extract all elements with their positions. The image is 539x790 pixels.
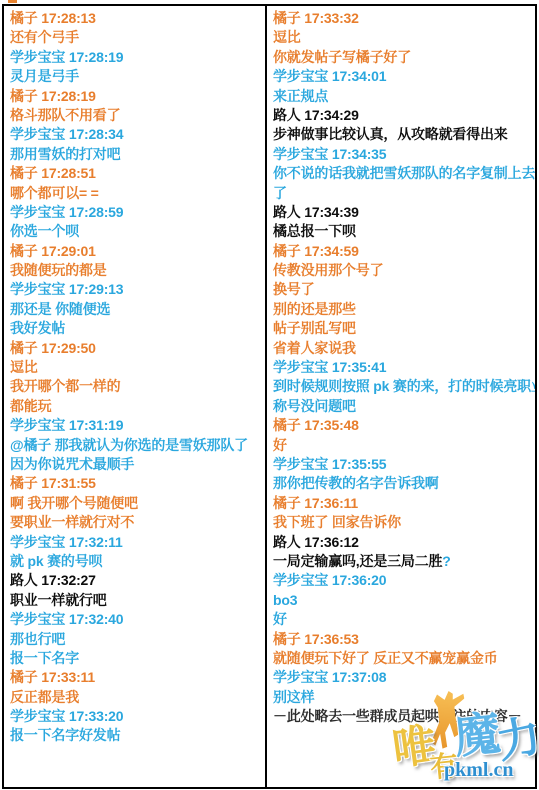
- chat-speaker-line: 橘子 17:34:59: [273, 242, 533, 261]
- chat-message: 还有个弓手: [10, 28, 263, 47]
- chat-text-segment: 还有个弓手: [10, 29, 79, 45]
- chat-speaker-line: 学步宝宝 17:35:41: [273, 358, 533, 377]
- chat-text-segment: 橘子 17:28:19: [10, 88, 96, 104]
- chat-message: 那用雪妖的打对吧: [10, 145, 263, 164]
- chat-text-segment: 学步宝宝 17:35:55: [273, 456, 386, 472]
- chat-text-segment: 要职业一样就行对不: [10, 514, 134, 530]
- chat-speaker-line: 路人 17:32:27: [10, 571, 263, 590]
- chat-column-left: 橘子 17:28:13还有个弓手学步宝宝 17:28:19灵月是弓手橘子 17:…: [4, 6, 265, 787]
- chat-message: 要职业一样就行对不: [10, 513, 263, 532]
- chat-text-segment: 好: [273, 437, 287, 453]
- chat-text-segment: 灵月是弓手: [10, 68, 79, 84]
- chat-text-segment: 橘子 17:34:59: [273, 243, 359, 259]
- chat-text-segment: 橘子 17:33:32: [273, 10, 359, 26]
- chat-speaker-line: 学步宝宝 17:32:11: [10, 533, 263, 552]
- chat-message: 就随便玩下好了 反正又不赢宠赢金币: [273, 649, 533, 668]
- chat-message: 啊 我开哪个号随便吧: [10, 494, 263, 513]
- omission-note: －此处略去一些群成员起哄压注的内容－: [273, 707, 533, 726]
- chat-message: 都能玩: [10, 397, 263, 416]
- chat-text-segment: 橘子 17:35:48: [273, 417, 359, 433]
- chat-speaker-line: 橘子 17:28:51: [10, 164, 263, 183]
- chat-message: 你就发帖子写橘子好了: [273, 48, 533, 67]
- chat-text-segment: 报一下名字: [10, 650, 79, 666]
- chat-text-segment: 省着人家说我: [273, 340, 356, 356]
- chat-text-segment: 学步宝宝 17:28:19: [10, 49, 123, 65]
- chat-text-segment: 学步宝宝 17:28:59: [10, 204, 123, 220]
- chat-speaker-line: 学步宝宝 17:34:01: [273, 67, 533, 86]
- chat-text-segment: 我开哪个都一样的: [10, 378, 120, 394]
- chat-message: 报一下名字: [10, 649, 263, 668]
- chat-text-segment: 路人 17:36:12: [273, 534, 359, 550]
- chat-log-table: 橘子 17:28:13还有个弓手学步宝宝 17:28:19灵月是弓手橘子 17:…: [2, 4, 537, 789]
- chat-speaker-line: 橘子 17:33:32: [273, 9, 533, 28]
- chat-message: 到时候规则按照 pk 赛的来，打的时候亮职业: [273, 377, 533, 396]
- chat-message: 来正规点: [273, 87, 533, 106]
- chat-text-segment: 好: [273, 611, 287, 627]
- chat-text-segment: 你就发帖子写橘子好了: [273, 49, 411, 65]
- chat-text-segment: 学步宝宝 17:37:08: [273, 669, 386, 685]
- chat-speaker-line: 学步宝宝 17:34:35: [273, 145, 533, 164]
- chat-text-segment: 啊 我开哪个号随便吧: [10, 495, 138, 511]
- chat-message: bo3: [273, 591, 533, 610]
- chat-text-segment: 那也行吧: [10, 631, 65, 647]
- chat-message: 因为你说咒术最顺手: [10, 455, 263, 474]
- chat-speaker-line: 橘子 17:33:11: [10, 668, 263, 687]
- chat-message: 哪个都可以= =: [10, 184, 263, 203]
- chat-text-segment: 别这样: [273, 689, 314, 705]
- chat-text-segment: 橘子 17:31:55: [10, 475, 96, 491]
- chat-column-right: 橘子 17:33:32逗比你就发帖子写橘子好了学步宝宝 17:34:01来正规点…: [265, 6, 535, 787]
- chat-text-segment: 就随便玩下好了 反正又不赢宠赢金币: [273, 650, 498, 666]
- chat-text-segment: 橘子 17:29:01: [10, 243, 96, 259]
- chat-text-segment: 橘子 17:28:51: [10, 165, 96, 181]
- chat-text-segment: 到时候规则按照 pk 赛的来，打的时候亮职业: [273, 378, 535, 394]
- chat-message: @橘子 那我就认为你选的是雪妖那队了: [10, 436, 263, 455]
- chat-message: 你选一个呗: [10, 222, 263, 241]
- chat-text-segment: 你选一个呗: [10, 223, 79, 239]
- chat-message: 格斗那队不用看了: [10, 106, 263, 125]
- chat-message: 一局定输赢吗,还是三局二胜?: [273, 552, 533, 571]
- chat-message: 逗比: [10, 358, 263, 377]
- chat-text-segment: 报一下名字好发帖: [10, 727, 120, 743]
- chat-text-segment: 学步宝宝 17:35:41: [273, 359, 386, 375]
- screenshot-edge-artifact: [8, 0, 17, 3]
- chat-text-segment: 了: [273, 185, 287, 201]
- chat-text-segment: 橘子 17:29:50: [10, 340, 96, 356]
- chat-text-segment: 都能玩: [10, 398, 51, 414]
- chat-text-segment: 反正都是我: [10, 689, 79, 705]
- chat-speaker-line: 橘子 17:29:01: [10, 242, 263, 261]
- chat-text-segment: 步神做事比较认真，从攻略就看得出来: [273, 126, 508, 142]
- chat-message: 别这样: [273, 688, 533, 707]
- chat-text-segment: 路人 17:32:27: [10, 572, 96, 588]
- chat-text-segment: 学步宝宝 17:36:20: [273, 572, 386, 588]
- chat-text-segment: 学步宝宝 17:32:40: [10, 611, 123, 627]
- chat-text-segment: 学步宝宝 17:34:01: [273, 68, 386, 84]
- chat-text-segment: 那你把传教的名字告诉我啊: [273, 475, 439, 491]
- chat-text-segment: 称号没问题吧: [273, 398, 356, 414]
- chat-speaker-line: 橘子 17:36:53: [273, 630, 533, 649]
- chat-speaker-line: 学步宝宝 17:36:20: [273, 571, 533, 590]
- chat-text-segment: 学步宝宝 17:31:19: [10, 417, 123, 433]
- chat-message: 好: [273, 436, 533, 455]
- chat-message: 传教没用那个号了: [273, 261, 533, 280]
- chat-text-segment: 因为你说咒术最顺手: [10, 456, 134, 472]
- chat-text-segment: 逗比: [273, 29, 301, 45]
- chat-text-segment: 来正规点: [273, 88, 328, 104]
- chat-message: 你不说的话我就把雪妖那队的名字复制上去: [273, 164, 533, 183]
- chat-message: 称号没问题吧: [273, 397, 533, 416]
- chat-speaker-line: 学步宝宝 17:32:40: [10, 610, 263, 629]
- chat-message: 灵月是弓手: [10, 67, 263, 86]
- chat-speaker-line: 学步宝宝 17:31:19: [10, 416, 263, 435]
- chat-message: 就 pk 赛的号呗: [10, 552, 263, 571]
- chat-text-segment: 你不说的话我就把雪妖那队的名字复制上去: [273, 165, 535, 181]
- chat-text-segment: 橘子 17:36:53: [273, 631, 359, 647]
- chat-text-segment: 学步宝宝 17:32:11: [10, 534, 123, 550]
- chat-message: 我下班了 回家告诉你: [273, 513, 533, 532]
- chat-text-segment: @橘子 那我就认为你选的是雪妖那队了: [10, 437, 248, 453]
- chat-message: 好: [273, 610, 533, 629]
- chat-message: 我随便玩的都是: [10, 261, 263, 280]
- chat-text-segment: 哪个都可以= =: [10, 185, 99, 201]
- chat-message: 换号了: [273, 280, 533, 299]
- chat-text-segment: 帖子别乱写吧: [273, 320, 356, 336]
- chat-message: 那也行吧: [10, 630, 263, 649]
- chat-text-segment: 橘子 17:36:11: [273, 495, 358, 511]
- chat-speaker-line: 橘子 17:29:50: [10, 339, 263, 358]
- chat-speaker-line: 橘子 17:36:11: [273, 494, 533, 513]
- chat-text-segment: 橘子 17:33:11: [10, 669, 95, 685]
- chat-text-segment: 学步宝宝 17:34:35: [273, 146, 386, 162]
- chat-text-segment: 传教没用那个号了: [273, 262, 383, 278]
- chat-speaker-line: 学步宝宝 17:28:34: [10, 125, 263, 144]
- chat-speaker-line: 学步宝宝 17:35:55: [273, 455, 533, 474]
- chat-text-segment: 一局定输赢吗,还是三局二胜: [273, 553, 442, 569]
- chat-speaker-line: 橘子 17:31:55: [10, 474, 263, 493]
- chat-speaker-line: 路人 17:34:39: [273, 203, 533, 222]
- chat-text-segment: 逗比: [10, 359, 38, 375]
- chat-message: 那你把传教的名字告诉我啊: [273, 474, 533, 493]
- chat-message: 反正都是我: [10, 688, 263, 707]
- chat-text-segment: 橘总报一下呗: [273, 223, 356, 239]
- chat-speaker-line: 学步宝宝 17:28:19: [10, 48, 263, 67]
- chat-speaker-line: 橘子 17:35:48: [273, 416, 533, 435]
- chat-message: 职业一样就行吧: [10, 591, 263, 610]
- chat-text-segment: 我随便玩的都是: [10, 262, 107, 278]
- chat-text-segment: 那用雪妖的打对吧: [10, 146, 120, 162]
- chat-speaker-line: 学步宝宝 17:37:08: [273, 668, 533, 687]
- chat-message: 逗比: [273, 28, 533, 47]
- chat-text-segment: 橘子 17:28:13: [10, 10, 96, 26]
- chat-text-segment: 那还是 你随便选: [10, 301, 110, 317]
- chat-speaker-line: 橘子 17:28:19: [10, 87, 263, 106]
- chat-message: 省着人家说我: [273, 339, 533, 358]
- chat-message: 步神做事比较认真，从攻略就看得出来: [273, 125, 533, 144]
- chat-message: 我开哪个都一样的: [10, 377, 263, 396]
- chat-text-segment: 路人 17:34:39: [273, 204, 359, 220]
- chat-text-segment: bo3: [273, 592, 297, 608]
- chat-text-segment: 路人 17:34:29: [273, 107, 359, 123]
- chat-message: 我好发帖: [10, 319, 263, 338]
- chat-text-segment: 我下班了 回家告诉你: [273, 514, 401, 530]
- chat-speaker-line: 路人 17:36:12: [273, 533, 533, 552]
- chat-text-segment: 学步宝宝 17:33:20: [10, 708, 123, 724]
- chat-text-segment: 职业一样就行吧: [10, 592, 107, 608]
- chat-text-segment: 别的还是那些: [273, 301, 356, 317]
- chat-text-segment: 就 pk 赛的号呗: [10, 553, 102, 569]
- chat-text-segment: 学步宝宝 17:28:34: [10, 126, 123, 142]
- chat-speaker-line: 学步宝宝 17:33:20: [10, 707, 263, 726]
- chat-speaker-line: 学步宝宝 17:28:59: [10, 203, 263, 222]
- chat-message: 橘总报一下呗: [273, 222, 533, 241]
- chat-text-segment: 学步宝宝 17:29:13: [10, 281, 123, 297]
- chat-text-segment: －此处略去一些群成员起哄压注的内容－: [273, 708, 521, 724]
- chat-message: 那还是 你随便选: [10, 300, 263, 319]
- chat-text-segment: 格斗那队不用看了: [10, 107, 120, 123]
- chat-text-segment: 我好发帖: [10, 320, 65, 336]
- chat-text-segment: ?: [442, 553, 450, 569]
- chat-text-segment: 换号了: [273, 281, 314, 297]
- chat-speaker-line: 橘子 17:28:13: [10, 9, 263, 28]
- chat-speaker-line: 路人 17:34:29: [273, 106, 533, 125]
- chat-message: 报一下名字好发帖: [10, 726, 263, 745]
- chat-message: 帖子别乱写吧: [273, 319, 533, 338]
- chat-message: 别的还是那些: [273, 300, 533, 319]
- chat-message: 了: [273, 184, 533, 203]
- chat-speaker-line: 学步宝宝 17:29:13: [10, 280, 263, 299]
